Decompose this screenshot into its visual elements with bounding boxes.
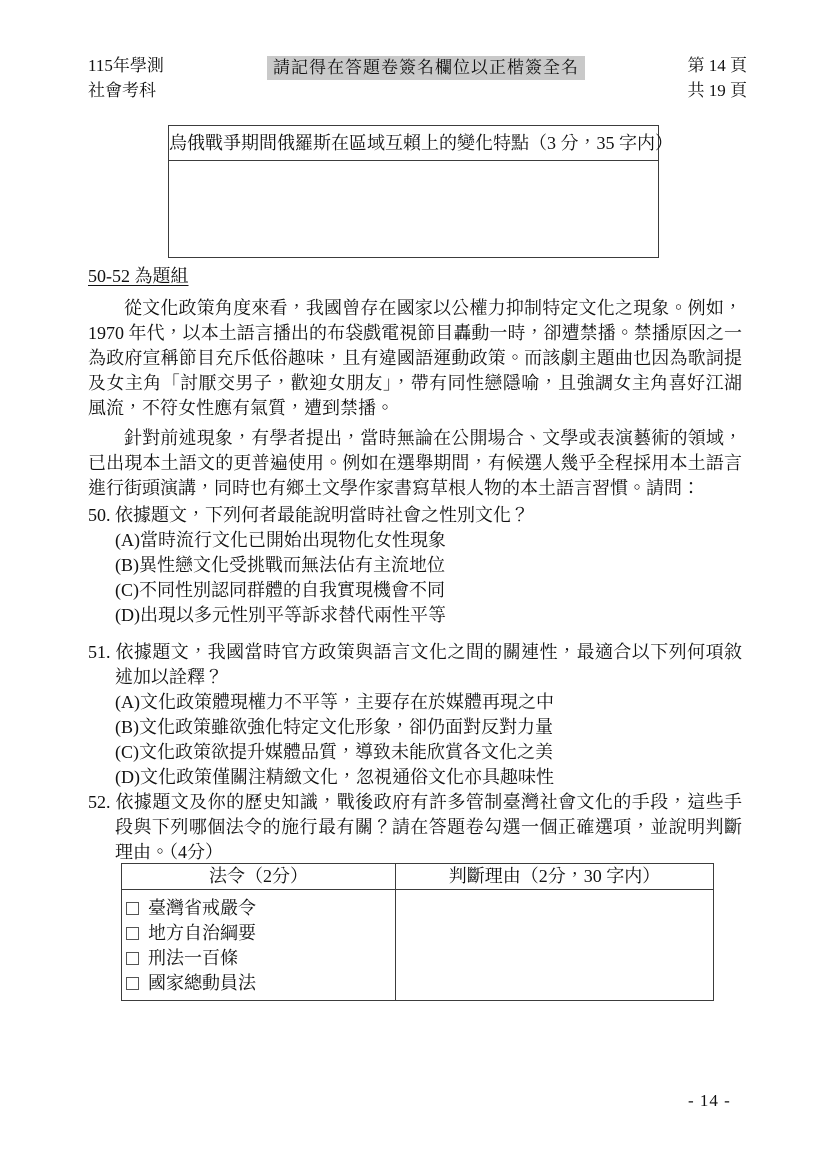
checkbox-icon[interactable]: [126, 902, 139, 915]
question-51-option-a: (A)文化政策體現權力不平等，主要存在於媒體再現之中: [88, 690, 742, 715]
passage-paragraph-2: 針對前述現象，有學者提出，當時無論在公開場合、文學或表演藝術的領域，已出現本土語…: [88, 426, 742, 501]
law-option-label: 地方自治綱要: [148, 921, 256, 946]
question-50-option-c: (C)不同性別認同群體的自我實現機會不同: [88, 578, 742, 603]
question-52-number: 52.: [88, 792, 111, 812]
law-option-label: 國家總動員法: [148, 971, 256, 996]
header-right: 第 14 頁 共 19 頁: [688, 53, 748, 103]
question-50-option-b: (B)異性戀文化受挑戰而無法佔有主流地位: [88, 553, 742, 578]
question-51-option-d: (D)文化政策僅關注精緻文化，忽視通俗文化亦具趣味性: [88, 765, 742, 790]
question-50-number: 50.: [88, 505, 111, 525]
question-51-text: 依據題文，我國當時官方政策與語言文化之間的關連性，最適合以下列何項敘述加以詮釋？: [115, 642, 742, 687]
reason-blank-cell: [396, 890, 714, 1001]
checkbox-icon[interactable]: [126, 977, 139, 990]
exam-year-label: 115年學測: [88, 53, 164, 78]
question-50-option-d: (D)出現以多元性別平等訴求替代兩性平等: [88, 603, 742, 628]
footer-page-number: - 14 -: [688, 1091, 731, 1111]
law-option-label: 刑法一百條: [148, 946, 238, 971]
law-option-row: 刑法一百條: [126, 946, 395, 971]
passage-paragraph-1: 從文化政策角度來看，我國曾存在國家以公權力抑制特定文化之現象。例如，1970 年…: [88, 296, 742, 421]
total-pages-label: 共 19 頁: [688, 78, 748, 103]
question-52-text: 依據題文及你的歷史知識，戰後政府有許多管制臺灣社會文化的手段，這些手段與下列哪個…: [115, 792, 742, 862]
law-options-cell: 臺灣省戒嚴令 地方自治綱要 刑法一百條 國家總動員法: [122, 890, 396, 1001]
question-50: 50. 依據題文，下列何者最能說明當時社會之性別文化？ (A)當時流行文化已開始…: [88, 503, 742, 628]
question-50-option-a: (A)當時流行文化已開始出現物化女性現象: [88, 528, 742, 553]
page-number-label: 第 14 頁: [688, 53, 748, 78]
law-answer-table: 法令（2分） 判斷理由（2分，30 字内） 臺灣省戒嚴令 地方自治綱要 刑法一百…: [121, 863, 714, 1001]
law-table-header-row: 法令（2分） 判斷理由（2分，30 字内）: [122, 864, 714, 890]
checkbox-icon[interactable]: [126, 952, 139, 965]
header-left: 115年學測 社會考科: [88, 53, 164, 103]
question-51-number: 51.: [88, 642, 111, 662]
law-column-header: 法令（2分）: [122, 864, 396, 890]
question-51-option-c: (C)文化政策欲提升媒體品質，導致未能欣賞各文化之美: [88, 740, 742, 765]
signature-notice: 請記得在答題卷簽名欄位以正楷簽全名: [267, 56, 585, 80]
exam-page: 115年學測 社會考科 請記得在答題卷簽名欄位以正楷簽全名 第 14 頁 共 1…: [0, 0, 827, 1170]
law-option-row: 地方自治綱要: [126, 921, 395, 946]
subject-label: 社會考科: [88, 78, 164, 103]
law-option-row: 臺灣省戒嚴令: [126, 896, 395, 921]
question-51: 51. 依據題文，我國當時官方政策與語言文化之間的關連性，最適合以下列何項敘述加…: [88, 640, 742, 790]
question-52: 52. 依據題文及你的歷史知識，戰後政府有許多管制臺灣社會文化的手段，這些手段與…: [88, 790, 742, 1001]
question-51-stem: 51. 依據題文，我國當時官方政策與語言文化之間的關連性，最適合以下列何項敘述加…: [88, 640, 742, 690]
law-table-body-row: 臺灣省戒嚴令 地方自治綱要 刑法一百條 國家總動員法: [122, 890, 714, 1001]
question-50-text: 依據題文，下列何者最能說明當時社會之性別文化？: [115, 505, 529, 525]
question-51-option-b: (B)文化政策雖欲強化特定文化形象，卻仍面對反對力量: [88, 715, 742, 740]
law-option-label: 臺灣省戒嚴令: [148, 896, 256, 921]
question-52-stem: 52. 依據題文及你的歷史知識，戰後政府有許多管制臺灣社會文化的手段，這些手段與…: [88, 790, 742, 865]
reason-column-header: 判斷理由（2分，30 字内）: [396, 864, 714, 890]
law-options-list: 臺灣省戒嚴令 地方自治綱要 刑法一百條 國家總動員法: [122, 890, 395, 1000]
answer-box-blank-area: [169, 161, 658, 257]
question-50-stem: 50. 依據題文，下列何者最能說明當時社會之性別文化？: [88, 503, 742, 528]
checkbox-icon[interactable]: [126, 927, 139, 940]
law-option-row: 國家總動員法: [126, 971, 395, 996]
question-group-content: 50-52 為題組 從文化政策角度來看，我國曾存在國家以公權力抑制特定文化之現象…: [88, 264, 742, 1001]
answer-box-title: 烏俄戰爭期間俄羅斯在區域互賴上的變化特點（3 分，35 字内）: [169, 126, 658, 161]
answer-box: 烏俄戰爭期間俄羅斯在區域互賴上的變化特點（3 分，35 字内）: [168, 125, 659, 258]
question-group-heading: 50-52 為題組: [88, 264, 742, 289]
